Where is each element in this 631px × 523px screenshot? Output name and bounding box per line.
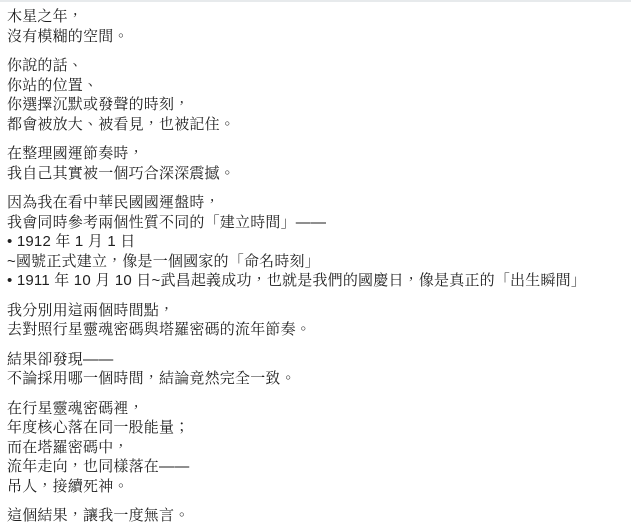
text-line: 這個結果，讓我一度無言。 xyxy=(7,506,624,523)
text-line: 都會被放大、被看見，也被記住。 xyxy=(7,115,624,135)
text-line: 木星之年， xyxy=(7,7,624,27)
paragraph: 我分別用這兩個時間點， 去對照行星靈魂密碼與塔羅密碼的流年節奏。 xyxy=(7,301,624,340)
text-line: 你站的位置、 xyxy=(7,76,624,96)
text-content: 木星之年， 沒有模糊的空間。 你說的話、 你站的位置、 你選擇沉默或發聲的時刻，… xyxy=(0,2,631,523)
text-line: 年度核心落在同一股能量； xyxy=(7,418,624,438)
text-line: 因為我在看中華民國國運盤時， xyxy=(7,193,624,213)
text-line: 在整理國運節奏時， xyxy=(7,144,624,164)
text-line: 你選擇沉默或發聲的時刻， xyxy=(7,95,624,115)
paragraph: 因為我在看中華民國國運盤時， 我會同時參考兩個性質不同的「建立時間」—— • 1… xyxy=(7,193,624,291)
paragraph: 你說的話、 你站的位置、 你選擇沉默或發聲的時刻， 都會被放大、被看見，也被記住… xyxy=(7,56,624,134)
text-line: 流年走向，也同樣落在—— xyxy=(7,457,624,477)
document-page: { "page": { "background": "#ffffff", "to… xyxy=(0,0,631,523)
text-line: 而在塔羅密碼中， xyxy=(7,438,624,458)
text-line: 不論採用哪一個時間，結論竟然完全一致。 xyxy=(7,369,624,389)
paragraph: 這個結果，讓我一度無言。 xyxy=(7,506,624,523)
bullet-list-item: • 1911 年 10 月 10 日~武昌起義成功，也就是我們的國慶日，像是真正… xyxy=(7,271,624,291)
text-line: 你說的話、 xyxy=(7,56,624,76)
paragraph: 在行星靈魂密碼裡， 年度核心落在同一股能量； 而在塔羅密碼中， 流年走向，也同樣… xyxy=(7,399,624,497)
bullet-list-item: • 1912 年 1 月 1 日 xyxy=(7,232,624,252)
paragraph: 結果卻發現—— 不論採用哪一個時間，結論竟然完全一致。 xyxy=(7,350,624,389)
text-line: 我自己其實被一個巧合深深震撼。 xyxy=(7,164,624,184)
paragraph: 木星之年， 沒有模糊的空間。 xyxy=(7,7,624,46)
text-line: 我分別用這兩個時間點， xyxy=(7,301,624,321)
text-line: ~國號正式建立，像是一個國家的「命名時刻」 xyxy=(7,252,624,272)
text-line: 我會同時參考兩個性質不同的「建立時間」—— xyxy=(7,213,624,233)
text-line: 在行星靈魂密碼裡， xyxy=(7,399,624,419)
paragraph: 在整理國運節奏時， 我自己其實被一個巧合深深震撼。 xyxy=(7,144,624,183)
text-line: 去對照行星靈魂密碼與塔羅密碼的流年節奏。 xyxy=(7,320,624,340)
text-line: 沒有模糊的空間。 xyxy=(7,27,624,47)
text-line: 結果卻發現—— xyxy=(7,350,624,370)
text-line: 吊人，接續死神。 xyxy=(7,477,624,497)
